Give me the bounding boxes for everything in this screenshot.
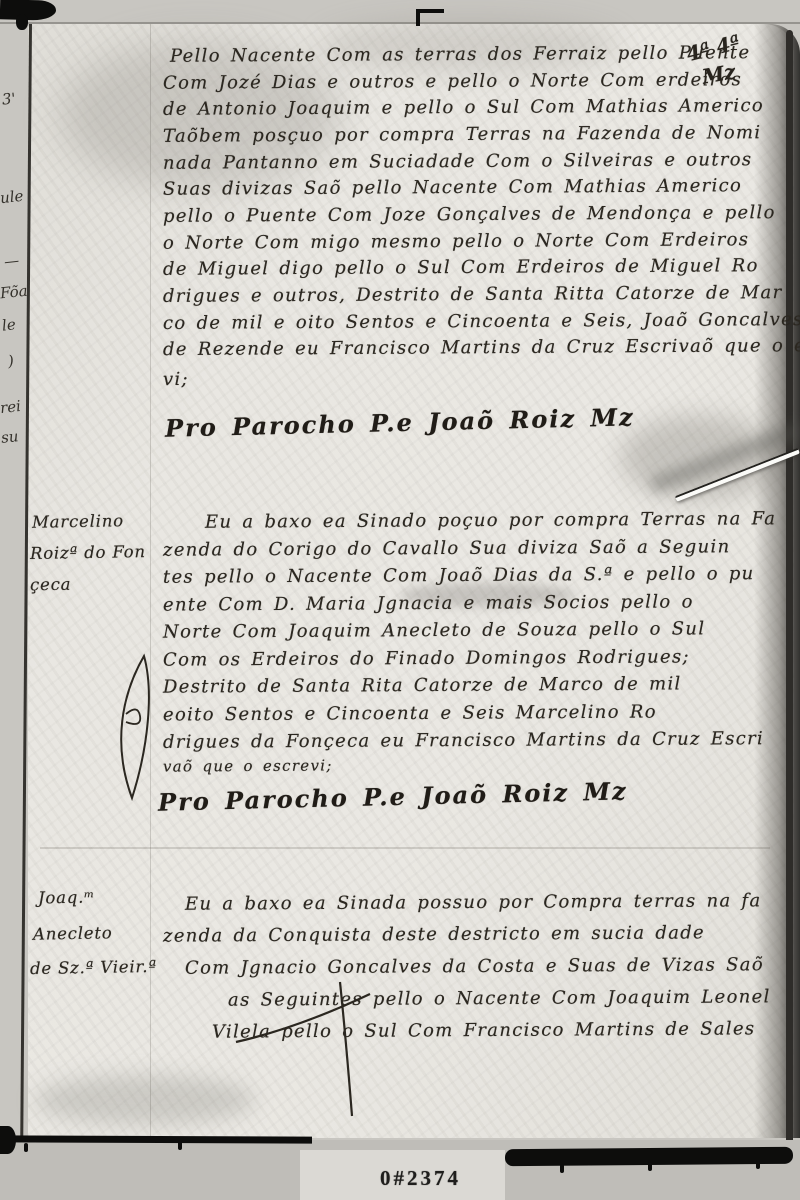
scan-tick (756, 1160, 760, 1169)
record1-line: pello o Puente Com Joze Gonçalves de Men… (163, 202, 776, 227)
scanned-register-page: 3' ule — Fõa le ) rei su 4ª 4ª Mz Pello … (0, 0, 800, 1200)
scan-artifact-blob (0, 0, 56, 21)
edge-ink-fragment: su (0, 427, 19, 447)
corner-bracket-icon (416, 9, 444, 26)
record3-line: zenda da Conquista deste destricto em su… (163, 922, 705, 946)
record2-line: Destrito de Santa Rita Catorze de Marco … (163, 673, 682, 697)
record1-line: vi; (163, 369, 189, 390)
record1-line: co de mil e oito Sentos e Cincoenta e Se… (163, 309, 800, 334)
archive-number-stamp: 0#2374 (380, 1166, 461, 1191)
record2-line: ente Com D. Maria Jgnacia e mais Socios … (163, 591, 694, 615)
margin-paraph-icon (104, 652, 164, 802)
record2-line: drigues da Fonçeca eu Francisco Martins … (163, 728, 764, 753)
record3-line: as Seguintes pello o Nacente Com Joaquim… (228, 986, 771, 1010)
record2-line: vaõ que o escrevi; (163, 756, 333, 775)
scan-artifact-blob (16, 14, 28, 30)
record1-line: de Antonio Joaquim e pello o Sul Com Mat… (163, 95, 764, 120)
record2-line: Com os Erdeiros do Finado Domingos Rodri… (163, 646, 690, 670)
record3-margin-name: Joaq.ᵐ (38, 888, 95, 908)
record3-line: Com Jgnacio Goncalves da Costa e Suas de… (185, 954, 764, 979)
record1-line: de Miguel digo pello o Sul Com Erdeiros … (163, 255, 759, 280)
edge-ink-fragment: — (3, 251, 20, 270)
record3-line: Vilela pello o Sul Com Francisco Martins… (212, 1018, 756, 1042)
record2-line: tes pello o Nacente Com Joaõ Dias da S.ª… (163, 563, 755, 588)
record1-line: Com Jozé Dias e outros e pello o Norte C… (163, 69, 742, 94)
record1-line: de Rezende eu Francisco Martins da Cruz … (163, 335, 800, 360)
scan-tick (648, 1162, 652, 1171)
record2-margin-name: Marcelino (32, 511, 124, 532)
record2-margin-name: Roizª do Fon (30, 542, 146, 563)
record2-line: Eu a baxo ea Sinado poçuo por compra Ter… (205, 508, 776, 532)
record1-line: Taõbem posçuo por compra Terras na Fazen… (163, 122, 762, 147)
record2-line: Norte Com Joaquim Anecleto de Souza pell… (163, 618, 705, 642)
page-top-edge (0, 22, 800, 24)
record1-line: drigues e outros, Destrito de Santa Ritt… (163, 282, 783, 307)
scan-tick (24, 1143, 28, 1152)
book-cover-edge (786, 30, 793, 1146)
edge-ink-fragment: ) (7, 352, 15, 371)
scan-tick (178, 1141, 182, 1150)
record1-line: Suas divizas Saõ pello Nacente Com Mathi… (163, 175, 742, 200)
edge-ink-fragment: le (1, 315, 16, 334)
edge-ink-fragment: ule (0, 187, 24, 207)
scan-artifact-blob (0, 1126, 16, 1154)
record1-line: o Norte Com migo mesmo pello o Norte Com… (163, 229, 749, 254)
scan-strip-left (0, 1135, 312, 1143)
record1-line: Pello Nacente Com as terras dos Ferraiz … (170, 42, 751, 67)
record2-line: eoito Sentos e Cincoenta e Seis Marcelin… (163, 701, 657, 725)
scan-tick (560, 1164, 564, 1173)
edge-ink-fragment: rei (0, 397, 22, 417)
edge-ink-fragment: Fõa (0, 282, 28, 303)
record2-line: zenda do Corigo do Cavallo Sua diviza Sa… (163, 536, 731, 560)
record3-line: Eu a baxo ea Sinada possuo por Compra te… (185, 890, 762, 915)
record3-margin-name: de Sz.ª Vieir.ª (30, 957, 157, 978)
edge-ink-fragment: 3' (1, 89, 16, 108)
record3-margin-name: Anecleto (33, 923, 113, 943)
fold-line (40, 847, 770, 849)
record1-line: nada Pantanno em Suciadade Com o Silveir… (163, 149, 753, 174)
record2-margin-name: çeca (30, 575, 72, 595)
